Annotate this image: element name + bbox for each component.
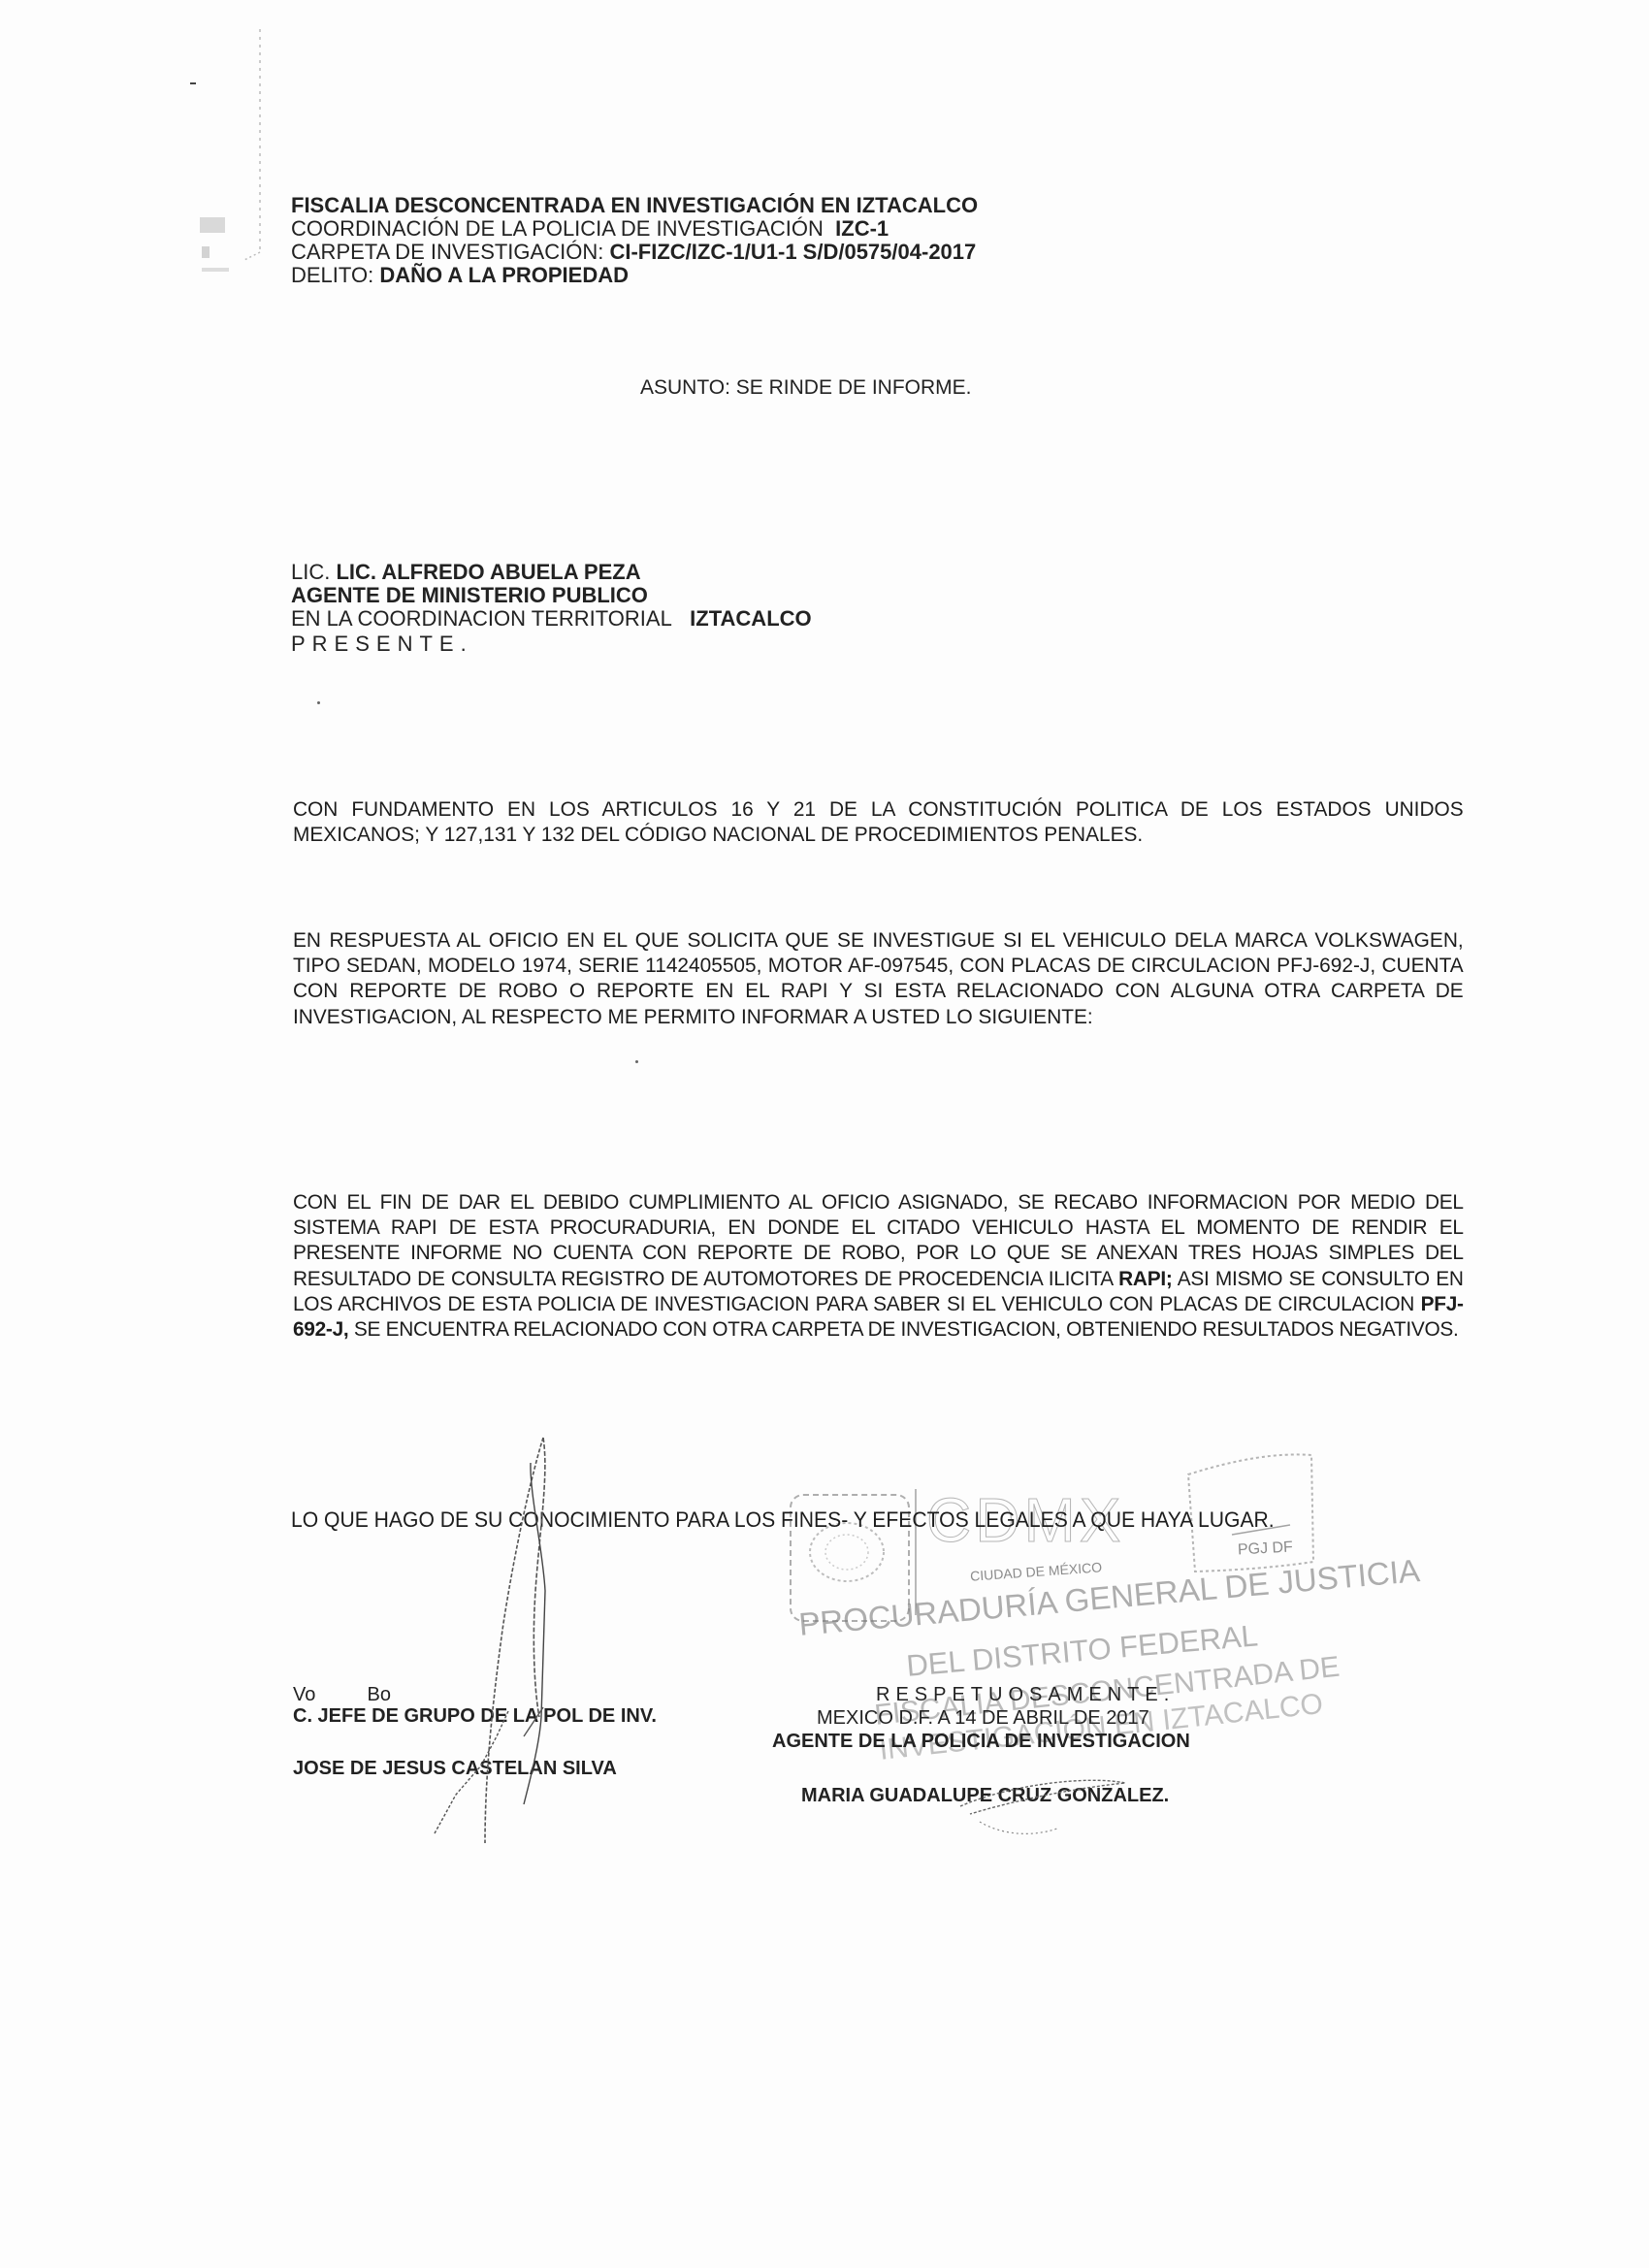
header-case-folder-label: CARPETA DE INVESTIGACIÓN: (291, 240, 603, 264)
addressee-presente: PRESENTE. (291, 632, 473, 656)
handwritten-signature (0, 0, 1649, 2268)
left-signer-title: C. JEFE DE GRUPO DE LA POL DE INV. (293, 1705, 657, 1728)
paragraph-findings: CON EL FIN DE DAR EL DEBIDO CUMPLIMIENTO… (293, 1189, 1464, 1342)
addressee-location-label: EN LA COORDINACION TERRITORIAL (291, 606, 672, 631)
pgj-df-caption: PGJ DF (1238, 1539, 1294, 1560)
document-page: FISCALIA DESCONCENTRADA EN INVESTIGACIÓN… (0, 0, 1649, 2268)
paragraph-request: EN RESPUESTA AL OFICIO EN EL QUE SOLICIT… (293, 927, 1464, 1029)
scan-speck (317, 701, 320, 704)
addressee-full-name: LIC. ALFREDO ABUELA PEZA (336, 560, 640, 584)
bo-label: Bo (367, 1684, 390, 1705)
paragraph-legal-basis: CON FUNDAMENTO EN LOS ARTICULOS 16 Y 21 … (293, 796, 1464, 847)
findings-text-c: SE ENCUENTRA RELACIONADO CON OTRA CARPET… (348, 1317, 1458, 1341)
subject-line: ASUNTO: SE RINDE DE INFORME. (640, 376, 972, 400)
header-offense-label: DELITO: (291, 263, 373, 287)
header-case-folder-number: CI-FIZC/IZC-1/U1-1 S/D/0575/04-2017 (609, 240, 976, 264)
scan-artifacts (0, 0, 1649, 2268)
seal-text-distrito-federal: DEL DISTRITO FEDERAL (905, 1618, 1259, 1684)
visto-bueno-label: Vo Bo (293, 1684, 391, 1706)
vo-label: Vo (293, 1684, 315, 1705)
addressee-position: AGENTE DE MINISTERIO PUBLICO (291, 584, 648, 607)
coat-of-arms-icon (0, 0, 1649, 2268)
header-coordination-label: COORDINACIÓN DE LA POLICIA DE INVESTIGAC… (291, 216, 824, 241)
header-unit: IZC-1 (835, 216, 889, 241)
place-and-date: MEXICO D.F. A 14 DE ABRIL DE 2017 (817, 1707, 1149, 1730)
addressee-name: LIC. LIC. ALFREDO ABUELA PEZA (291, 561, 641, 584)
cdmx-caption: CIUDAD DE MÉXICO (970, 1559, 1103, 1583)
header-offense-value: DAÑO A LA PROPIEDAD (379, 263, 629, 287)
closing-statement: LO QUE HAGO DE SU CONOCIMIENTO PARA LOS … (291, 1507, 1275, 1533)
header-offense: DELITO: DAÑO A LA PROPIEDAD (291, 264, 629, 287)
respectfully-label: RESPETUOSAMENTE. (876, 1684, 1175, 1706)
addressee-title: LIC. (291, 560, 330, 584)
header-case-folder: CARPETA DE INVESTIGACIÓN: CI-FIZC/IZC-1/… (291, 241, 976, 264)
header-agency: FISCALIA DESCONCENTRADA EN INVESTIGACIÓN… (291, 194, 978, 217)
right-signer-name: MARIA GUADALUPE CRUZ GONZALEZ. (801, 1785, 1169, 1807)
left-signer-name: JOSE DE JESUS CASTELAN SILVA (293, 1758, 617, 1780)
addressee-location-name: IZTACALCO (690, 606, 811, 631)
findings-system-name: RAPI; (1118, 1267, 1172, 1290)
addressee-location: EN LA COORDINACION TERRITORIAL IZTACALCO (291, 607, 812, 631)
scan-speck (635, 1060, 638, 1063)
right-signer-title: AGENTE DE LA POLICIA DE INVESTIGACION (772, 1731, 1190, 1753)
header-coordination: COORDINACIÓN DE LA POLICIA DE INVESTIGAC… (291, 217, 889, 241)
